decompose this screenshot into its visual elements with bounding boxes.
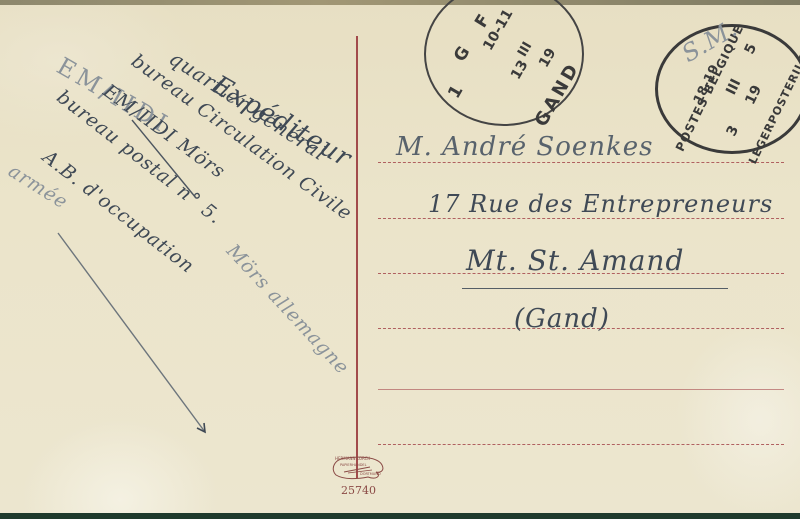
message-underline — [130, 118, 210, 208]
postmark-overwriting: S.M. — [677, 14, 742, 68]
address-line-1 — [378, 162, 784, 163]
postmark-year: 19 — [536, 46, 560, 71]
postcard-back: EM/IIDI Expéditeur quartier général bure… — [0, 0, 800, 513]
address-name: M. André Soenkes — [396, 132, 653, 162]
center-divider-line — [356, 36, 358, 478]
scan-edge — [0, 0, 800, 5]
address-line-6 — [378, 444, 784, 445]
postmark-gand: G F 1 10-11 III 13 19 GAND — [424, 0, 584, 126]
postmark-number: 3 — [724, 123, 743, 139]
address-line-2 — [378, 218, 784, 219]
address-city: (Gand) — [514, 304, 610, 334]
postmark-month: III — [515, 39, 535, 59]
address-line-5 — [378, 389, 784, 390]
publisher-logo-middle-text: PAPIERHANDEL — [340, 463, 367, 467]
publisher-number: 25740 — [341, 484, 376, 497]
postmark-year: 19 — [742, 83, 765, 108]
postmark-day: 13 — [508, 58, 532, 83]
postmark-month: III — [723, 76, 744, 97]
pencil-note: Mörs allemagne — [222, 240, 354, 379]
postmark-day: 5 — [742, 41, 761, 57]
postmark-city: GAND — [531, 59, 585, 131]
address-town-underline — [462, 288, 728, 289]
publisher-logo-bottom-text: DORTMUND — [360, 472, 381, 476]
address-street: 17 Rue des Entrepreneurs — [428, 190, 773, 218]
address-town: Mt. St. Amand — [466, 244, 684, 277]
arrow-line-icon — [55, 230, 215, 440]
publisher-logo-top-text: HERMANN LORCH — [335, 456, 370, 461]
postmark-serial: 1 — [444, 82, 467, 102]
postmark-belgian-army: POSTES BELGIQUE LEGERPOSTERIJ BELGIE 18-… — [655, 24, 800, 154]
